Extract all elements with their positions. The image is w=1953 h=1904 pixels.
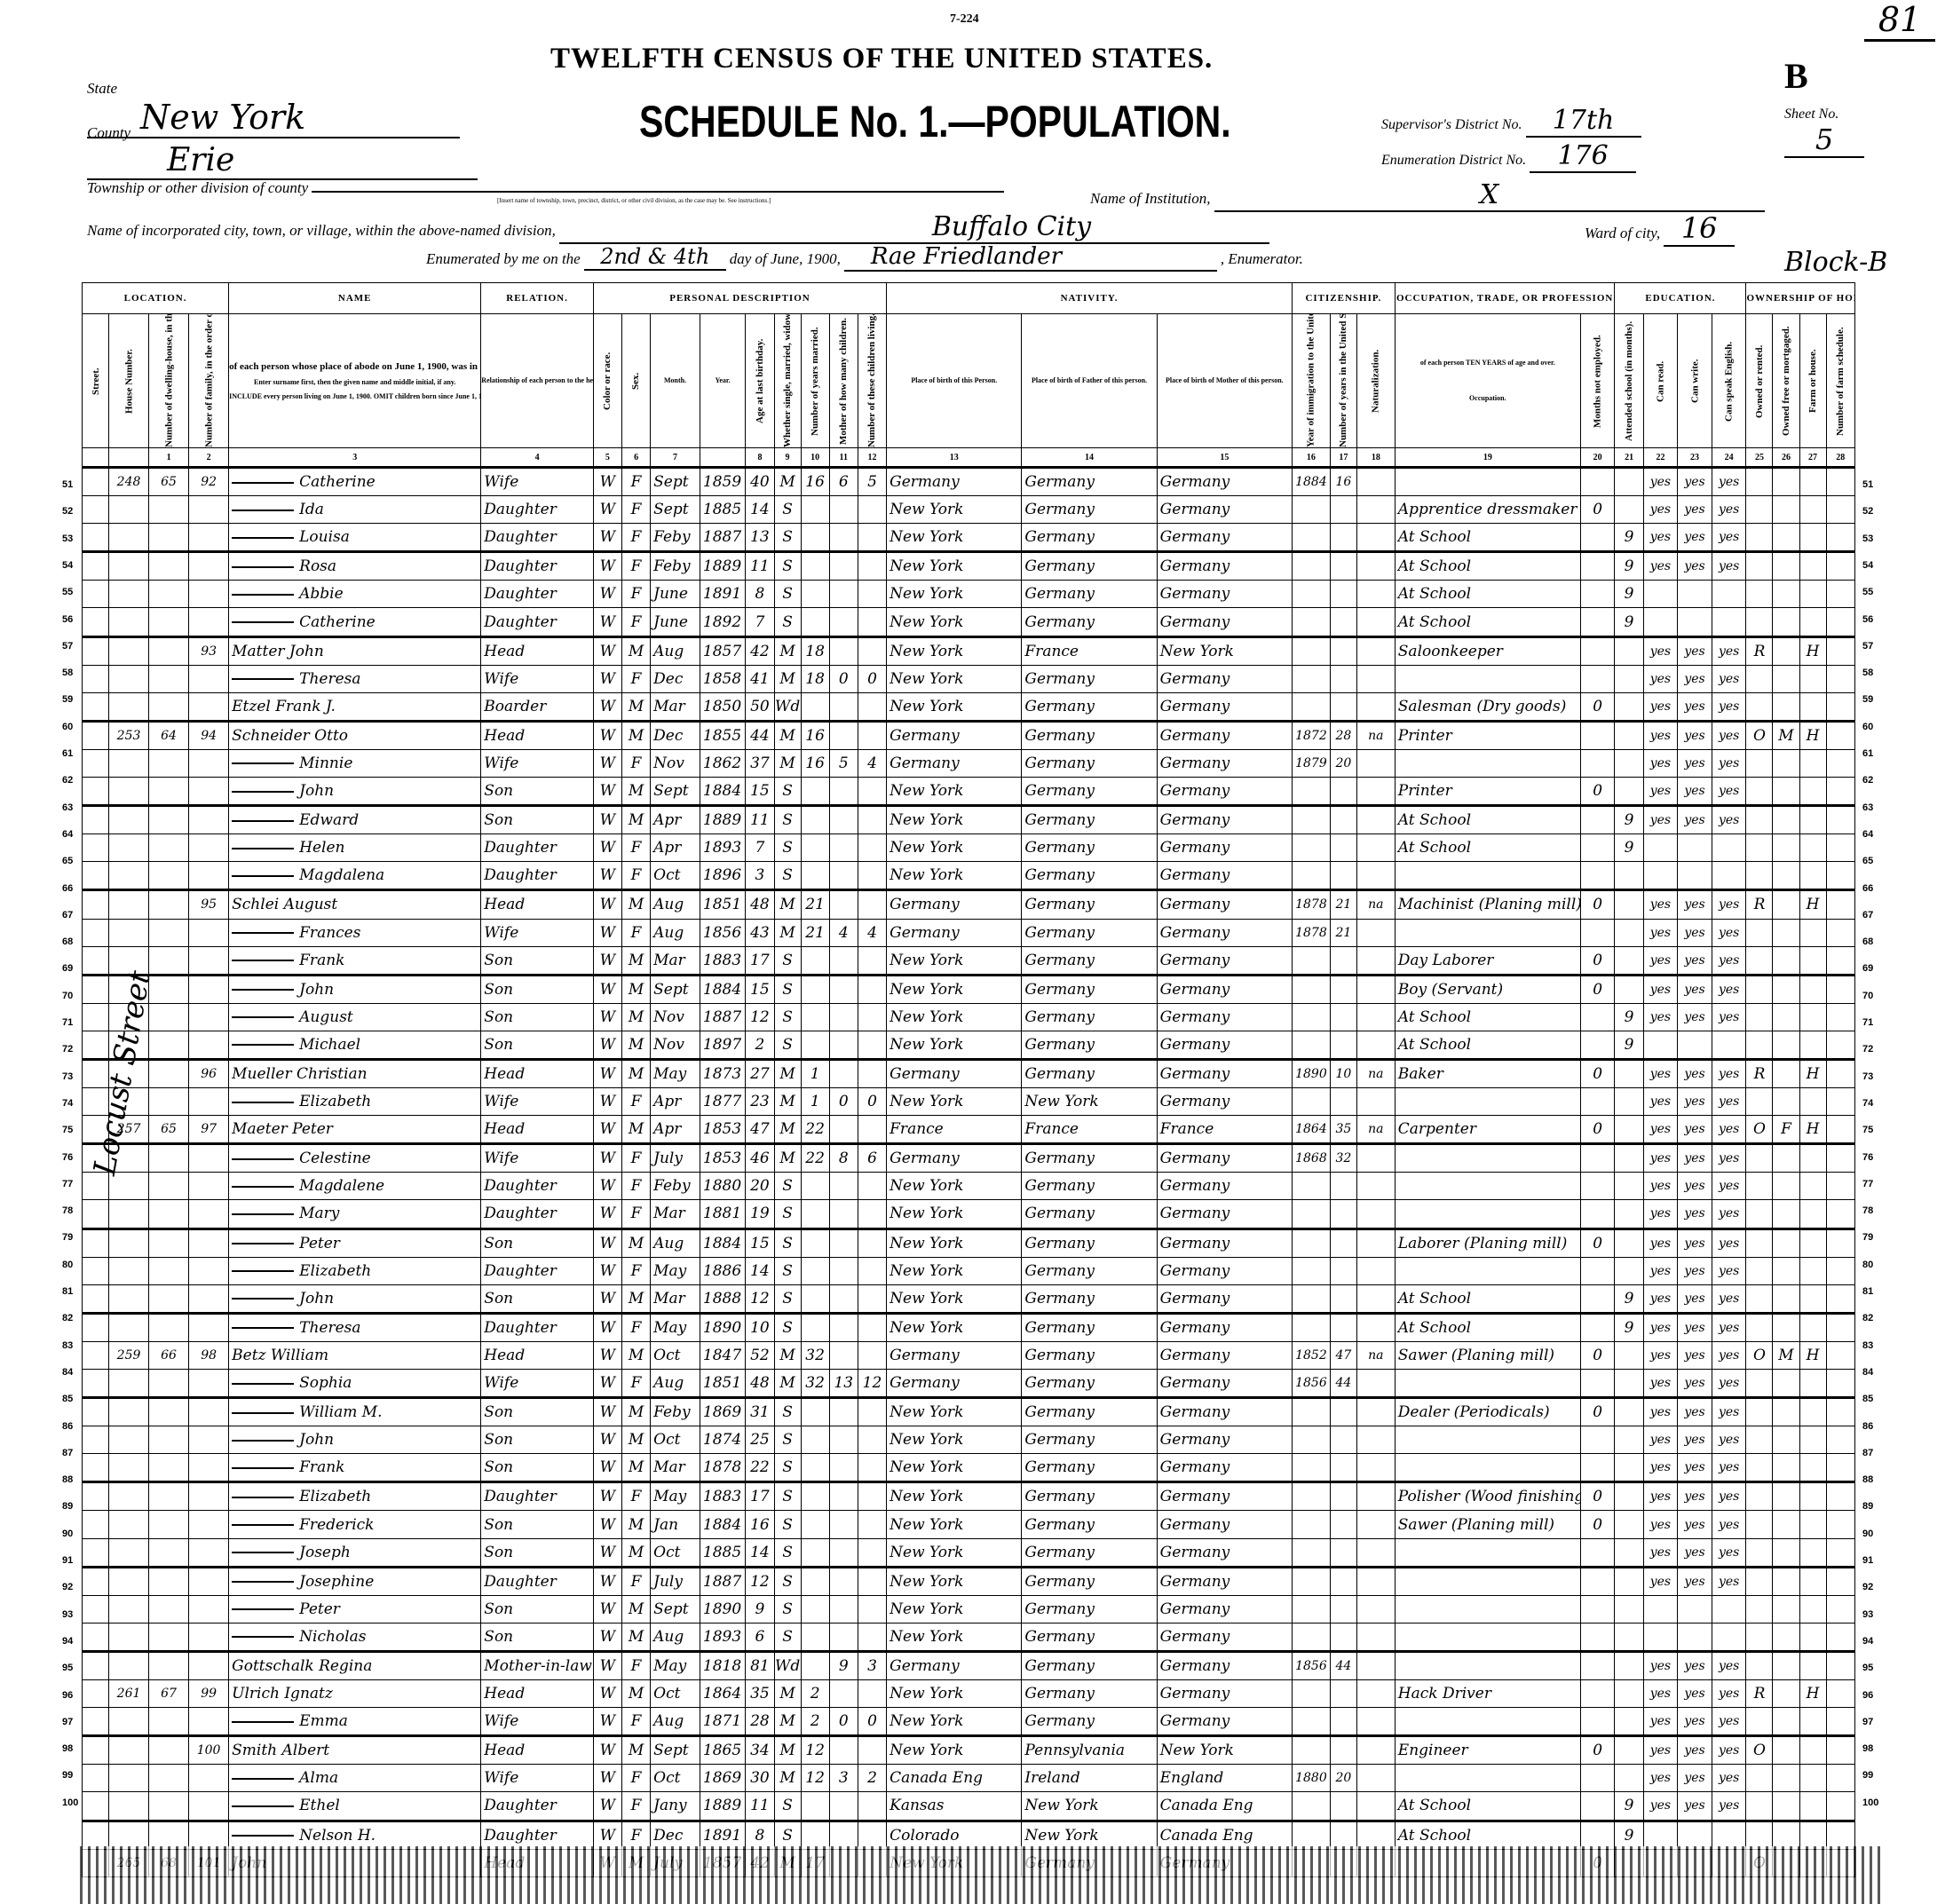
line-number-right: 81 — [1862, 1286, 1873, 1297]
cell-unemployed — [1580, 1567, 1615, 1595]
line-number-right: 54 — [1862, 560, 1873, 571]
cell-relation: Wife — [481, 1370, 594, 1398]
cell-farm — [1799, 608, 1826, 636]
cell-living — [858, 1200, 886, 1229]
person-name: William M. — [299, 1403, 382, 1421]
cell-natur — [1356, 1680, 1395, 1708]
cell-name: Michael — [229, 1031, 481, 1059]
cell-year: 1889 — [700, 806, 745, 834]
cell-write: yes — [1678, 524, 1712, 552]
cell-dwelling — [149, 1003, 189, 1031]
cell-year: 1858 — [700, 665, 745, 692]
cell-unemployed — [1580, 1595, 1615, 1623]
cell-relation: Wife — [481, 1088, 594, 1116]
cell-natur — [1356, 608, 1395, 636]
cell-pob-mother: Germany — [1157, 1031, 1292, 1059]
ditto-dash — [232, 1552, 294, 1553]
cell-free — [1773, 1792, 1799, 1821]
person-name: Mueller Christian — [232, 1065, 367, 1083]
cell-family — [189, 1003, 229, 1031]
cell-farm — [1799, 1792, 1826, 1821]
cell-house — [109, 1257, 149, 1284]
cell-house — [109, 692, 149, 721]
cell-color: W — [593, 636, 621, 665]
cell-dwelling: 65 — [149, 1116, 189, 1144]
cell-unemployed — [1580, 1708, 1615, 1736]
cell-age: 14 — [746, 496, 774, 524]
line-number-left: 90 — [62, 1529, 73, 1539]
cell-pob-mother: New York — [1157, 636, 1292, 665]
cell-mother-of: 9 — [829, 1651, 858, 1679]
cell-name: Peter — [229, 1595, 481, 1623]
ditto-dash — [232, 510, 294, 511]
cell-sched — [1826, 1313, 1854, 1341]
cell-family — [189, 1229, 229, 1257]
cell-farm — [1799, 1821, 1826, 1849]
header-street: Street. — [83, 314, 109, 448]
cell-house — [109, 1595, 149, 1623]
cell-english — [1712, 608, 1746, 636]
cell-month: Mar — [651, 1284, 700, 1313]
cell-mother-of — [829, 1821, 858, 1849]
cell-read: yes — [1643, 749, 1678, 777]
cell-relation: Daughter — [481, 862, 594, 890]
cell-farm — [1799, 665, 1826, 692]
cell-unemployed — [1580, 1031, 1615, 1059]
cell-farm — [1799, 468, 1826, 496]
cell-marital: M — [774, 1088, 801, 1116]
cell-school: 9 — [1615, 1003, 1643, 1031]
ditto-dash — [232, 1412, 294, 1414]
cell-relation: Head — [481, 636, 594, 665]
cell-write: yes — [1678, 1200, 1712, 1229]
cell-unemployed — [1580, 524, 1615, 552]
cell-name: Ethel — [229, 1792, 481, 1821]
line-number-right: 59 — [1862, 694, 1873, 705]
cell-month: Feby — [651, 552, 700, 581]
header-months-unemployed: Months not employed. — [1580, 314, 1615, 448]
cell-house — [109, 749, 149, 777]
cell-free — [1773, 1144, 1799, 1173]
cell-color: W — [593, 1116, 621, 1144]
cell-farm: H — [1799, 890, 1826, 919]
cell-pob-mother: Germany — [1157, 806, 1292, 834]
cell-sched — [1826, 778, 1854, 806]
county-label: County — [87, 124, 130, 141]
cell-age: 15 — [746, 1229, 774, 1257]
cell-free — [1773, 552, 1799, 581]
cell-school: 9 — [1615, 1792, 1643, 1821]
person-name: Catherine — [299, 613, 376, 631]
cell-occupation: Salesman (Dry goods) — [1395, 692, 1580, 721]
cell-free — [1773, 1031, 1799, 1059]
cell-living — [858, 692, 886, 721]
cell-living — [858, 806, 886, 834]
column-number — [700, 448, 745, 468]
line-number-left: 100 — [62, 1797, 78, 1808]
cell-marital: S — [774, 608, 801, 636]
cell-free — [1773, 636, 1799, 665]
cell-natur — [1356, 1623, 1395, 1651]
cell-year: 1853 — [700, 1144, 745, 1173]
cell-pob-mother: Germany — [1157, 581, 1292, 608]
line-number-left: 88 — [62, 1474, 73, 1485]
cell-read: yes — [1643, 1765, 1678, 1792]
ditto-dash — [232, 1608, 294, 1610]
cell-pob: New York — [887, 1088, 1022, 1116]
cell-school — [1615, 1765, 1643, 1792]
cell-school — [1615, 1370, 1643, 1398]
cell-natur — [1356, 581, 1395, 608]
cell-marital: S — [774, 1003, 801, 1031]
table-row: TheresaWifeWFDec185841M1800New YorkGerma… — [83, 665, 1855, 692]
line-number-left: 81 — [62, 1286, 73, 1297]
cell-marital: S — [774, 552, 801, 581]
cell-read: yes — [1643, 721, 1678, 749]
cell-english: yes — [1712, 1736, 1746, 1765]
line-number-right: 87 — [1862, 1448, 1873, 1458]
cell-own — [1746, 919, 1773, 946]
cell-living — [858, 524, 886, 552]
cell-color: W — [593, 1426, 621, 1454]
cell-occupation: At School — [1395, 1792, 1580, 1821]
cell-color: W — [593, 778, 621, 806]
cell-pob: New York — [887, 1229, 1022, 1257]
cell-sched — [1826, 1088, 1854, 1116]
cell-read: yes — [1643, 468, 1678, 496]
cell-pob: New York — [887, 1173, 1022, 1200]
cell-pob: Germany — [887, 749, 1022, 777]
line-number-right: 96 — [1862, 1690, 1873, 1701]
cell-name: Elizabeth — [229, 1257, 481, 1284]
cell-dwelling — [149, 1567, 189, 1595]
cell-school — [1615, 1341, 1643, 1369]
cell-school: 9 — [1615, 1284, 1643, 1313]
cell-yrs-married: 12 — [801, 1736, 829, 1765]
cell-natur — [1356, 1257, 1395, 1284]
cell-pob-father: Germany — [1022, 665, 1157, 692]
cell-immig — [1292, 1821, 1330, 1849]
cell-year: 1885 — [700, 496, 745, 524]
ditto-dash — [232, 1243, 294, 1244]
cell-age: 10 — [746, 1313, 774, 1341]
cell-own — [1746, 1792, 1773, 1821]
cell-unemployed: 0 — [1580, 1511, 1615, 1538]
header-occupation-sub: of each person TEN YEARS of age and over… — [1395, 314, 1580, 448]
cell-own — [1746, 1595, 1773, 1623]
line-number-right: 92 — [1862, 1582, 1873, 1592]
cell-street — [83, 834, 109, 862]
cell-street — [83, 1200, 109, 1229]
cell-free — [1773, 1736, 1799, 1765]
cell-free — [1773, 749, 1799, 777]
schedule-letter: B — [1784, 55, 1808, 97]
cell-read — [1643, 1031, 1678, 1059]
cell-mother-of: 0 — [829, 1088, 858, 1116]
person-name: Magdalena — [299, 866, 384, 884]
cell-write: yes — [1678, 1454, 1712, 1482]
cell-mother-of — [829, 1511, 858, 1538]
column-number: 8 — [746, 448, 774, 468]
cell-pob: Canada Eng — [887, 1765, 1022, 1792]
cell-house — [109, 890, 149, 919]
cell-yrs-us — [1330, 1313, 1356, 1341]
form-code: 7-224 — [950, 12, 979, 27]
cell-yrs-us — [1330, 608, 1356, 636]
cell-natur — [1356, 1200, 1395, 1229]
table-row: JosephSonWMOct188514SNew YorkGermanyGerm… — [83, 1538, 1855, 1567]
cell-free — [1773, 496, 1799, 524]
line-number-left: 69 — [62, 963, 73, 974]
cell-family: 93 — [189, 636, 229, 665]
cell-natur — [1356, 1398, 1395, 1426]
cell-school — [1615, 1511, 1643, 1538]
cell-pob-father: Germany — [1022, 749, 1157, 777]
enum-district-label: Enumeration District No. — [1381, 153, 1526, 168]
cell-street — [83, 608, 109, 636]
cell-yrs-married — [801, 1031, 829, 1059]
cell-unemployed: 0 — [1580, 496, 1615, 524]
cell-write — [1678, 1595, 1712, 1623]
cell-yrs-married — [801, 778, 829, 806]
cell-yrs-married — [801, 862, 829, 890]
cell-free — [1773, 1538, 1799, 1567]
cell-name: Catherine — [229, 608, 481, 636]
cell-color: W — [593, 1595, 621, 1623]
cell-write: yes — [1678, 1792, 1712, 1821]
header-name-desc: of each person whose place of abode on J… — [229, 314, 481, 448]
cell-name: Mueller Christian — [229, 1059, 481, 1087]
cell-immig — [1292, 1708, 1330, 1736]
cell-unemployed: 0 — [1580, 1059, 1615, 1087]
cell-pob: New York — [887, 1031, 1022, 1059]
cell-pob: New York — [887, 1567, 1022, 1595]
person-name: Ethel — [299, 1797, 340, 1814]
column-number: 3 — [229, 448, 481, 468]
cell-read — [1643, 581, 1678, 608]
cell-living — [858, 721, 886, 749]
cell-unemployed — [1580, 1426, 1615, 1454]
cell-relation: Mother-in-law — [481, 1651, 594, 1679]
cell-living — [858, 1736, 886, 1765]
cell-month: Mar — [651, 1454, 700, 1482]
cell-immig — [1292, 608, 1330, 636]
ditto-dash — [232, 989, 294, 991]
person-name: Theresa — [299, 670, 360, 688]
cell-dwelling — [149, 1088, 189, 1116]
cell-english: yes — [1712, 1482, 1746, 1511]
cell-sex: F — [621, 1821, 650, 1849]
ditto-dash — [232, 678, 294, 680]
cell-occupation: At School — [1395, 1313, 1580, 1341]
table-row: FrankSonWMMar188317SNew YorkGermanyGerma… — [83, 946, 1855, 975]
cell-age: 41 — [746, 665, 774, 692]
schedule-title: SCHEDULE No. 1.—POPULATION. — [639, 96, 1231, 147]
cell-natur: na — [1356, 890, 1395, 919]
cell-name: Betz William — [229, 1341, 481, 1369]
cell-farm — [1799, 1651, 1826, 1679]
cell-month: May — [651, 1059, 700, 1087]
cell-school — [1615, 1538, 1643, 1567]
cell-pob-father: Germany — [1022, 834, 1157, 862]
cell-sched — [1826, 975, 1854, 1003]
cell-yrs-married — [801, 1482, 829, 1511]
cell-street — [83, 1482, 109, 1511]
cell-family — [189, 1144, 229, 1173]
cell-school — [1615, 1229, 1643, 1257]
cell-relation: Daughter — [481, 1821, 594, 1849]
cell-age: 12 — [746, 1284, 774, 1313]
cell-pob-father: Germany — [1022, 721, 1157, 749]
cell-age: 3 — [746, 862, 774, 890]
cell-school — [1615, 1398, 1643, 1426]
cell-yrs-married: 22 — [801, 1116, 829, 1144]
cell-living — [858, 1792, 886, 1821]
person-name: Magdalene — [299, 1177, 384, 1195]
cell-write: yes — [1678, 975, 1712, 1003]
cell-unemployed — [1580, 1370, 1615, 1398]
line-number-right: 67 — [1862, 910, 1873, 920]
cell-pob-mother: Canada Eng — [1157, 1821, 1292, 1849]
cell-marital: S — [774, 1200, 801, 1229]
cell-mother-of — [829, 524, 858, 552]
cell-sched — [1826, 1651, 1854, 1679]
cell-pob-father: Germany — [1022, 1454, 1157, 1482]
cell-school: 9 — [1615, 581, 1643, 608]
cell-natur — [1356, 1792, 1395, 1821]
line-number-right: 90 — [1862, 1529, 1873, 1539]
cell-street — [83, 778, 109, 806]
cell-relation: Head — [481, 721, 594, 749]
cell-age: 16 — [746, 1511, 774, 1538]
cell-school — [1615, 1708, 1643, 1736]
cell-year: 1818 — [700, 1651, 745, 1679]
cell-sched — [1826, 665, 1854, 692]
cell-school — [1615, 1116, 1643, 1144]
cell-occupation — [1395, 468, 1580, 496]
cell-sex: F — [621, 1651, 650, 1679]
cell-farm — [1799, 496, 1826, 524]
cell-farm — [1799, 552, 1826, 581]
cell-farm — [1799, 1173, 1826, 1200]
cell-pob-mother: Germany — [1157, 1708, 1292, 1736]
cell-pob: Germany — [887, 1341, 1022, 1369]
cell-free — [1773, 1595, 1799, 1623]
cell-yrs-us — [1330, 1538, 1356, 1567]
cell-dwelling — [149, 552, 189, 581]
cell-relation: Son — [481, 946, 594, 975]
line-number-right: 75 — [1862, 1125, 1873, 1135]
cell-house — [109, 636, 149, 665]
cell-living — [858, 1567, 886, 1595]
cell-sched — [1826, 1284, 1854, 1313]
cell-month: Sept — [651, 468, 700, 496]
cell-yrs-us — [1330, 692, 1356, 721]
cell-sex: F — [621, 1482, 650, 1511]
cell-living — [858, 946, 886, 975]
cell-english: yes — [1712, 496, 1746, 524]
person-name: Peter — [299, 1235, 340, 1252]
cell-relation: Son — [481, 1538, 594, 1567]
cell-pob-father: Germany — [1022, 1031, 1157, 1059]
cell-name: Rosa — [229, 552, 481, 581]
cell-yrs-us — [1330, 1736, 1356, 1765]
cell-english: yes — [1712, 890, 1746, 919]
cell-read: yes — [1643, 975, 1678, 1003]
header-name: NAME — [229, 283, 481, 314]
cell-farm — [1799, 1284, 1826, 1313]
cell-month: Feby — [651, 524, 700, 552]
cell-sched — [1826, 721, 1854, 749]
cell-marital: M — [774, 749, 801, 777]
cell-marital: M — [774, 890, 801, 919]
cell-own — [1746, 946, 1773, 975]
cell-year: 1857 — [700, 636, 745, 665]
table-row: CelestineWifeWFJuly185346M2286GermanyGer… — [83, 1144, 1855, 1173]
cell-school: 9 — [1615, 1031, 1643, 1059]
ditto-dash — [232, 1044, 294, 1046]
cell-sched — [1826, 1792, 1854, 1821]
line-number-right: 72 — [1862, 1044, 1873, 1055]
cell-yrs-married: 16 — [801, 468, 829, 496]
person-name: Joseph — [299, 1544, 351, 1561]
cell-month: Aug — [651, 890, 700, 919]
cell-read: yes — [1643, 1059, 1678, 1087]
cell-name: Schlei August — [229, 890, 481, 919]
cell-month: Oct — [651, 1341, 700, 1369]
cell-unemployed — [1580, 1765, 1615, 1792]
cell-school — [1615, 1257, 1643, 1284]
cell-street — [83, 1708, 109, 1736]
cell-write: yes — [1678, 636, 1712, 665]
cell-pob-mother: Germany — [1157, 1482, 1292, 1511]
cell-yrs-us — [1330, 1821, 1356, 1849]
cell-family — [189, 1173, 229, 1200]
cell-pob: New York — [887, 806, 1022, 834]
cell-street — [83, 1173, 109, 1200]
cell-relation: Wife — [481, 1708, 594, 1736]
cell-english: yes — [1712, 1765, 1746, 1792]
cell-living — [858, 1482, 886, 1511]
cell-marital: M — [774, 1144, 801, 1173]
cell-color: W — [593, 862, 621, 890]
cell-school — [1615, 665, 1643, 692]
cell-name: Josephine — [229, 1567, 481, 1595]
cell-pob-father: Pennsylvania — [1022, 1736, 1157, 1765]
cell-pob: New York — [887, 496, 1022, 524]
cell-year: 1884 — [700, 778, 745, 806]
cell-school — [1615, 890, 1643, 919]
ditto-dash — [232, 1213, 294, 1215]
cell-yrs-married — [801, 1454, 829, 1482]
cell-occupation — [1395, 1454, 1580, 1482]
cell-sex: M — [621, 1398, 650, 1426]
cell-month: Jany — [651, 1792, 700, 1821]
cell-school — [1615, 1454, 1643, 1482]
cell-marital: S — [774, 1398, 801, 1426]
cell-yrs-married: 18 — [801, 636, 829, 665]
cell-sched — [1826, 1398, 1854, 1426]
header-relation: RELATION. — [481, 283, 594, 314]
cell-street — [83, 636, 109, 665]
cell-color: W — [593, 721, 621, 749]
cell-living — [858, 496, 886, 524]
cell-farm — [1799, 1370, 1826, 1398]
cell-year: 1880 — [700, 1173, 745, 1200]
cell-name: Edward — [229, 806, 481, 834]
person-name: Elizabeth — [299, 1262, 371, 1280]
person-name: Betz William — [232, 1347, 328, 1364]
